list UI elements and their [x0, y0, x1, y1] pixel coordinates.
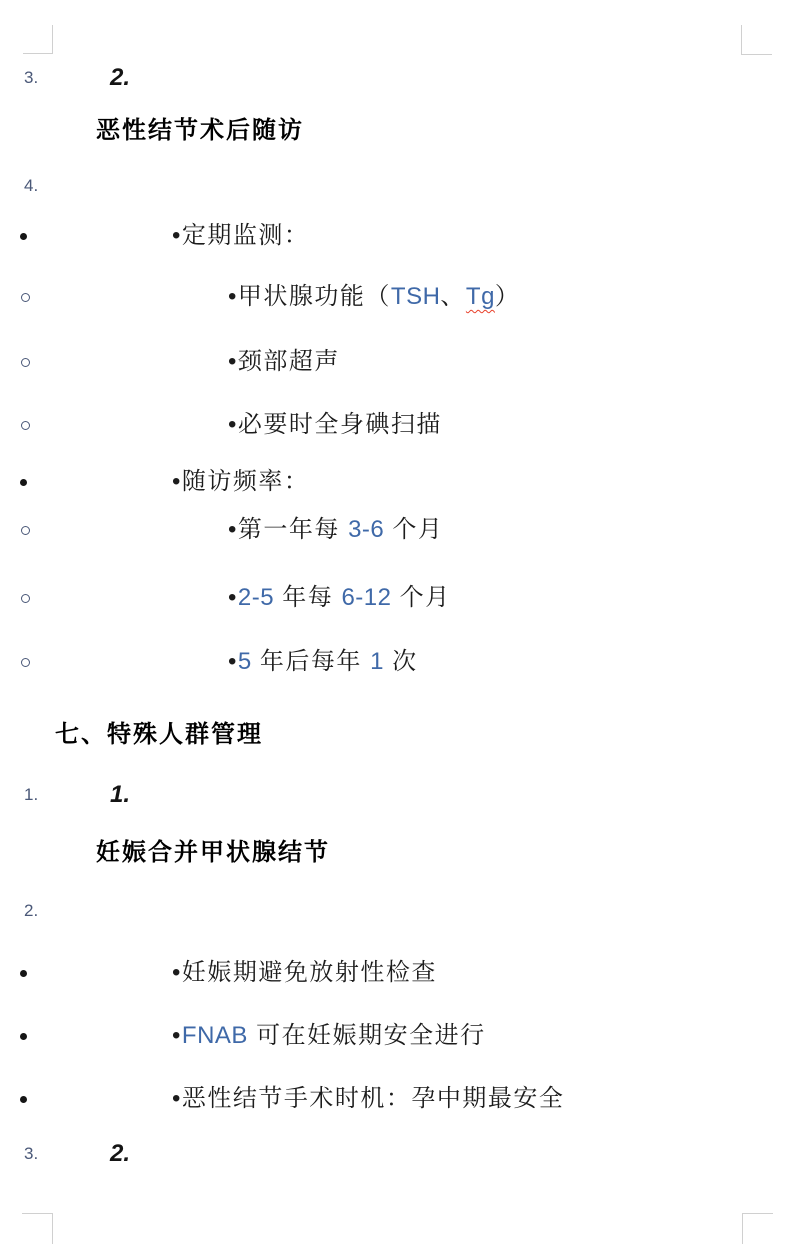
- text-segment: •: [172, 1022, 182, 1049]
- text-segment: 次: [384, 648, 418, 675]
- text-segment: •定期监测：: [172, 222, 309, 249]
- bullet-text[interactable]: •妊娠期避免放射性检查: [172, 958, 437, 988]
- bullet-row: •妊娠期避免放射性检查: [0, 958, 812, 992]
- bullet-text[interactable]: •第一年每 3-6 个月: [228, 515, 443, 545]
- list-number-row: 3.2.: [0, 64, 812, 98]
- text-boundary-mark-bottom-left: [22, 1213, 53, 1244]
- text-segment: 、: [440, 283, 466, 310]
- text-segment: 6-12: [341, 584, 391, 611]
- text-segment: TSH: [391, 283, 441, 310]
- bullet-circle-icon: [21, 526, 30, 535]
- list-number-row: 2.: [0, 897, 812, 931]
- misspelled-word: Tg: [466, 283, 495, 310]
- list-number-row: 1.1.: [0, 781, 812, 815]
- bullet-dot-icon: [20, 479, 27, 486]
- bullet-dot-icon: [20, 233, 27, 240]
- bullet-circle-icon: [21, 658, 30, 667]
- bullet-circle-icon: [21, 358, 30, 367]
- bullet-text[interactable]: •2-5 年每 6-12 个月: [228, 583, 451, 613]
- list-number-row: 3.2.: [0, 1140, 812, 1174]
- text-segment: 年后每年: [252, 648, 370, 675]
- auto-list-number: 3.: [24, 69, 38, 86]
- bullet-circle-icon: [21, 421, 30, 430]
- text-segment: 可在妊娠期安全进行: [248, 1022, 486, 1049]
- bullet-dot-icon: [20, 970, 27, 977]
- bullet-row: •恶性结节手术时机：孕中期最安全: [0, 1084, 812, 1118]
- bullet-text[interactable]: •5 年后每年 1 次: [228, 647, 418, 677]
- bullet-text[interactable]: •定期监测：: [172, 221, 309, 251]
- bullet-dot-icon: [20, 1033, 27, 1040]
- bullet-text[interactable]: •甲状腺功能（TSH、Tg）: [228, 282, 520, 312]
- text-boundary-mark-top-left: [23, 25, 53, 54]
- text-segment: •: [228, 584, 238, 611]
- heading-row: 七、特殊人群管理: [0, 720, 812, 754]
- text-segment: 3-6: [348, 516, 384, 543]
- list-number-row: 4.: [0, 172, 812, 206]
- text-segment: •颈部超声: [228, 348, 340, 375]
- text-segment: 1: [370, 648, 384, 675]
- text-boundary-mark-bottom-right: [742, 1213, 773, 1244]
- bullet-circle-icon: [21, 594, 30, 603]
- bullet-row: •FNAB 可在妊娠期安全进行: [0, 1021, 812, 1055]
- heading-row: 妊娠合并甲状腺结节: [0, 838, 812, 872]
- bullet-row: •2-5 年每 6-12 个月: [0, 583, 812, 617]
- bullet-row: •5 年后每年 1 次: [0, 647, 812, 681]
- text-segment: •甲状腺功能（: [228, 283, 391, 310]
- text-segment: •必要时全身碘扫描: [228, 411, 442, 438]
- bold-italic-number[interactable]: 1.: [110, 781, 130, 809]
- text-segment: 个月: [391, 584, 450, 611]
- text-segment: 2-5: [238, 584, 274, 611]
- bold-italic-number[interactable]: 2.: [110, 1140, 130, 1168]
- bullet-text[interactable]: •颈部超声: [228, 347, 340, 377]
- text-boundary-mark-top-right: [741, 25, 772, 55]
- text-segment: 年每: [274, 584, 341, 611]
- auto-list-number: 3.: [24, 1145, 38, 1162]
- bullet-dot-icon: [20, 1096, 27, 1103]
- text-segment: •第一年每: [228, 516, 348, 543]
- auto-list-number: 1.: [24, 786, 38, 803]
- bullet-row: •甲状腺功能（TSH、Tg）: [0, 282, 812, 316]
- text-segment: •: [228, 648, 238, 675]
- text-segment: FNAB: [182, 1022, 248, 1049]
- auto-list-number: 4.: [24, 177, 38, 194]
- bullet-row: •颈部超声: [0, 347, 812, 381]
- section-heading[interactable]: 妊娠合并甲状腺结节: [96, 838, 330, 868]
- document-page: 3.2.恶性结节术后随访4.•定期监测：•甲状腺功能（TSH、Tg）•颈部超声•…: [0, 0, 812, 1253]
- bullet-row: •随访频率：: [0, 467, 812, 501]
- text-segment: 5: [238, 648, 252, 675]
- text-segment: ）: [495, 283, 521, 310]
- bullet-text[interactable]: •恶性结节手术时机：孕中期最安全: [172, 1084, 564, 1114]
- bullet-text[interactable]: •FNAB 可在妊娠期安全进行: [172, 1021, 486, 1051]
- section-heading[interactable]: 七、特殊人群管理: [55, 720, 263, 750]
- text-segment: 个月: [384, 516, 443, 543]
- section-heading[interactable]: 恶性结节术后随访: [96, 116, 304, 146]
- bullet-circle-icon: [21, 293, 30, 302]
- bullet-text[interactable]: •必要时全身碘扫描: [228, 410, 442, 440]
- text-segment: •恶性结节手术时机：孕中期最安全: [172, 1085, 564, 1112]
- text-segment: •随访频率：: [172, 468, 309, 495]
- bold-italic-number[interactable]: 2.: [110, 64, 130, 92]
- bullet-row: •定期监测：: [0, 221, 812, 255]
- bullet-text[interactable]: •随访频率：: [172, 467, 309, 497]
- text-segment: •妊娠期避免放射性检查: [172, 959, 437, 986]
- heading-row: 恶性结节术后随访: [0, 116, 812, 150]
- auto-list-number: 2.: [24, 902, 38, 919]
- bullet-row: •必要时全身碘扫描: [0, 410, 812, 444]
- bullet-row: •第一年每 3-6 个月: [0, 515, 812, 549]
